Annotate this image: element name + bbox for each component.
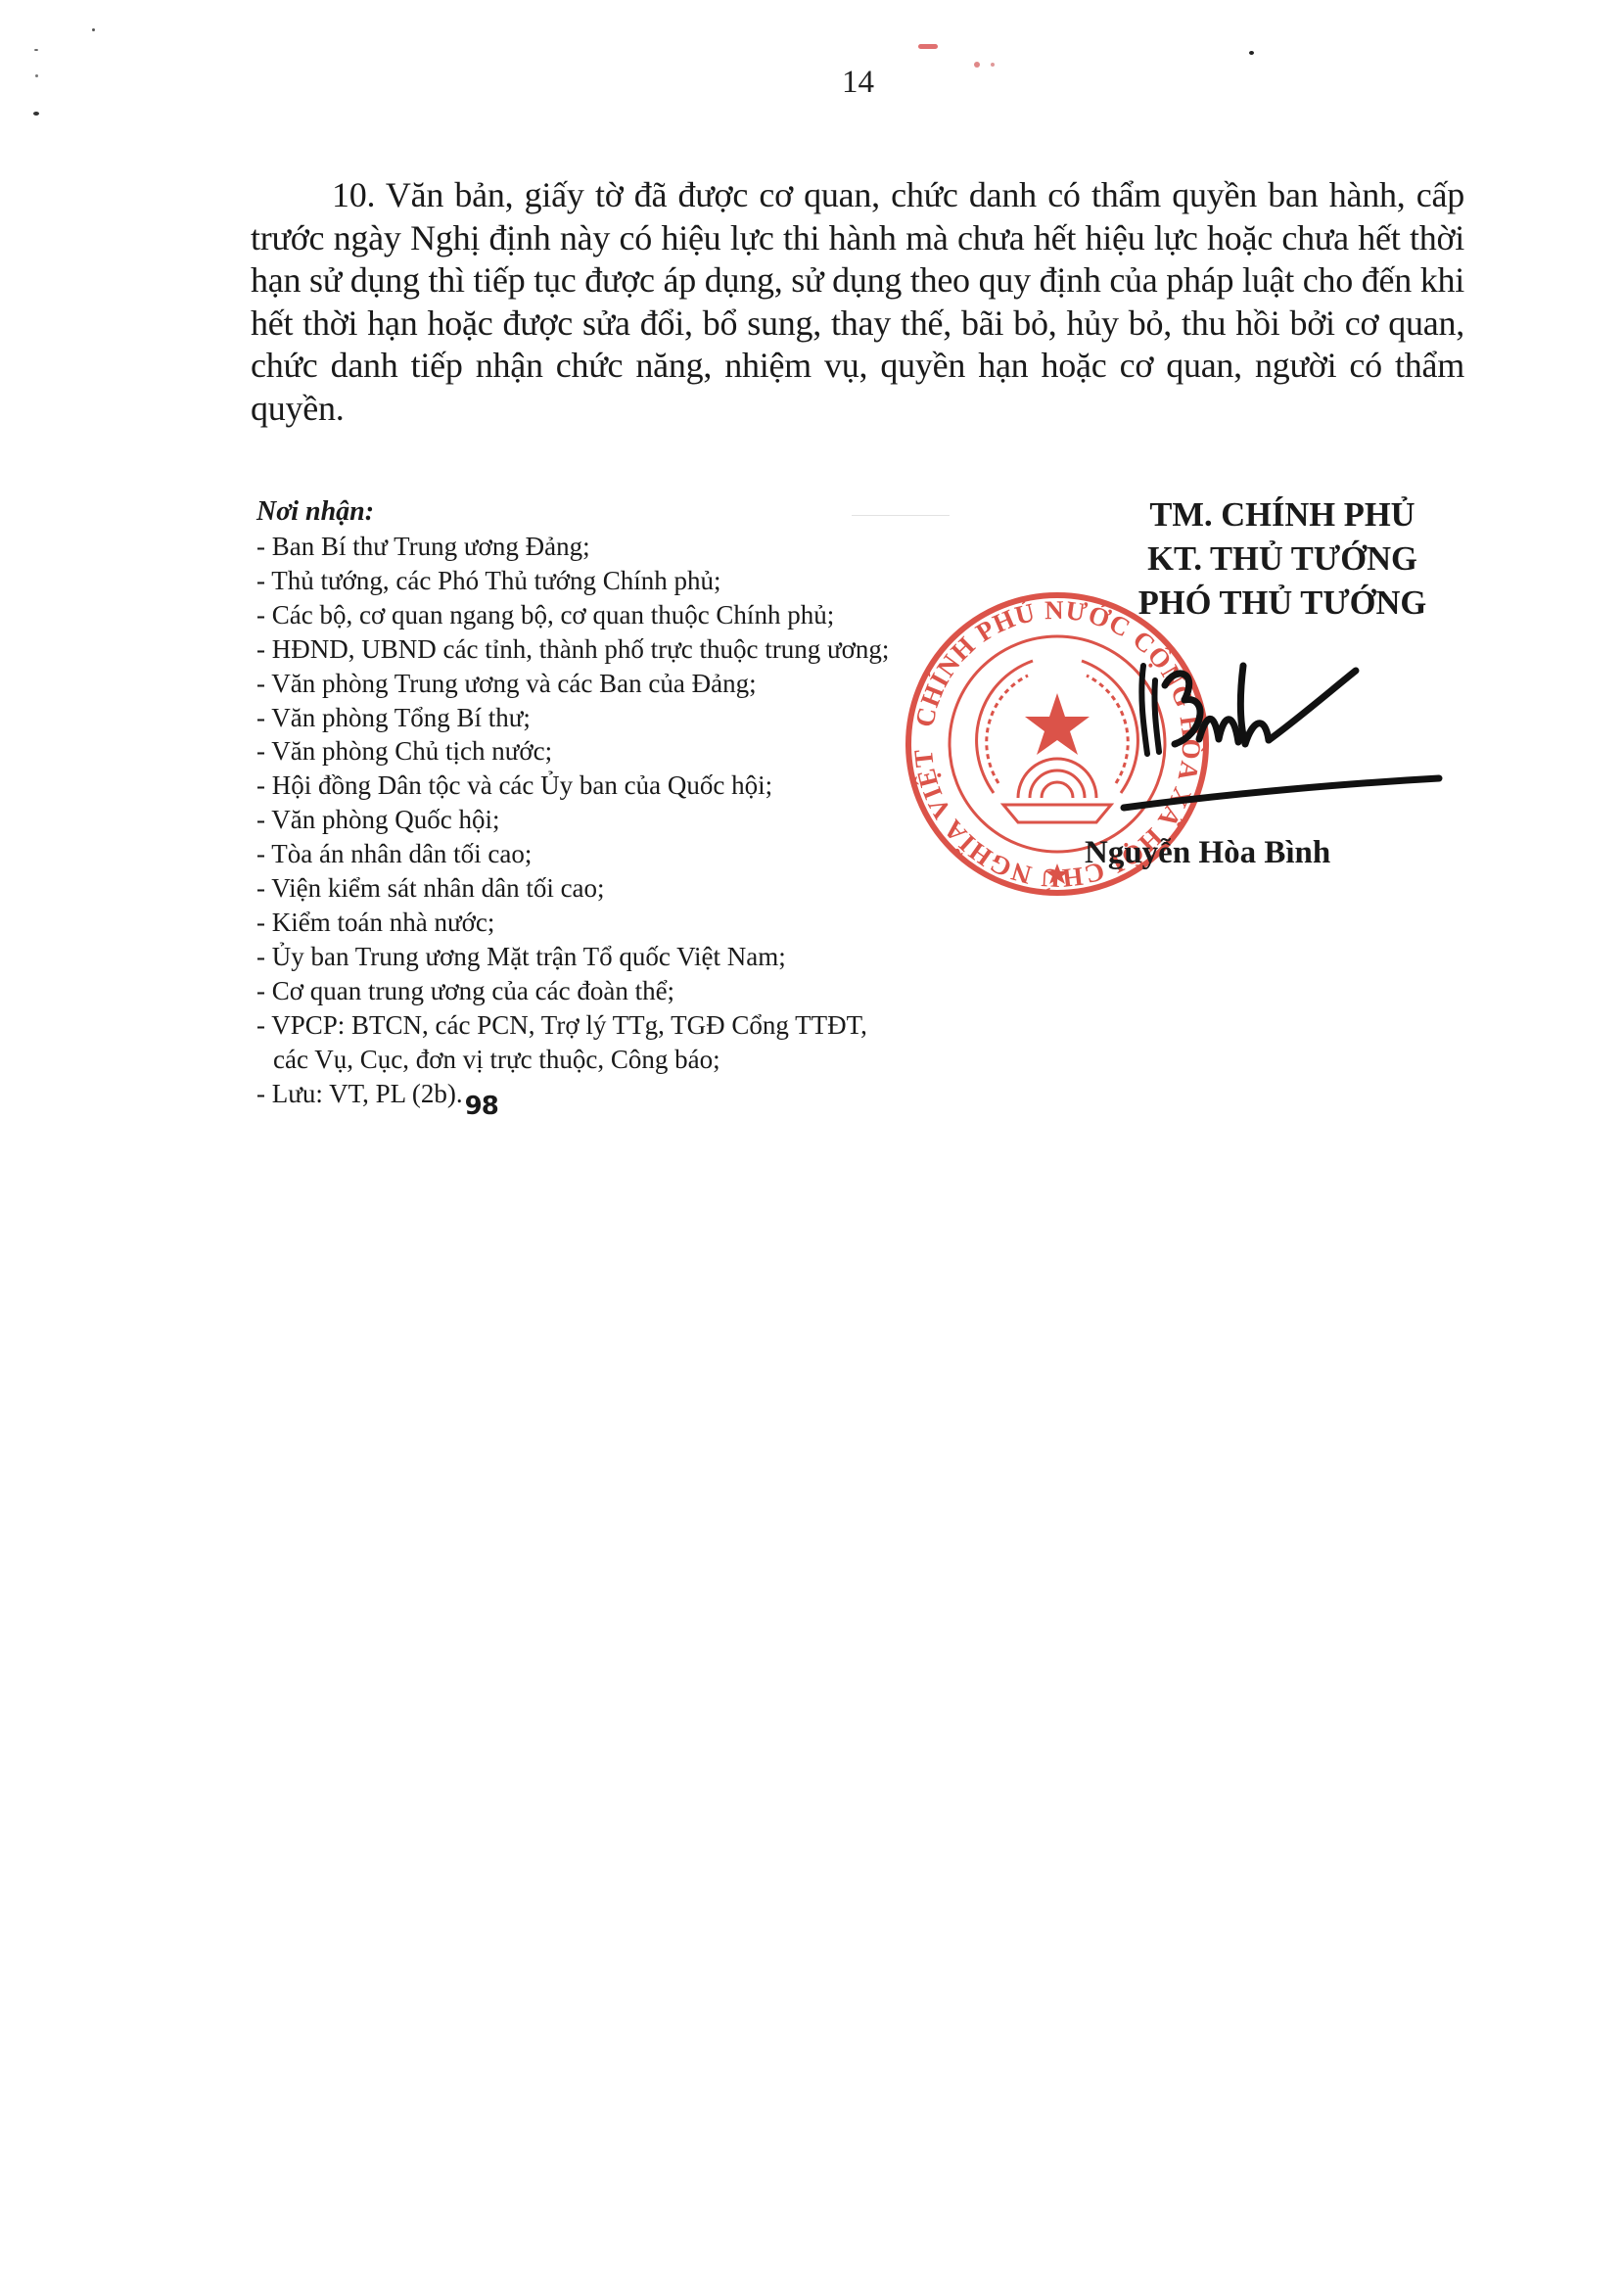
scan-speck: [991, 63, 995, 67]
signature-authority-line: TM. CHÍNH PHỦ: [1057, 493, 1508, 537]
scan-speck: [35, 74, 38, 77]
archive-text: - Lưu: VT, PL (2b).: [256, 1079, 463, 1108]
handwritten-mark: 98: [465, 1092, 498, 1121]
recipient-item: - Cơ quan trung ương của các đoàn thể;: [256, 974, 1000, 1008]
recipients-list: Nơi nhận: - Ban Bí thư Trung ương Đảng; …: [256, 494, 1000, 1111]
scan-speck: [918, 44, 938, 49]
recipient-item: - Tòa án nhân dân tối cao;: [256, 837, 1000, 871]
signature-block: TM. CHÍNH PHỦ KT. THỦ TƯỚNG PHÓ THỦ TƯỚN…: [1057, 493, 1508, 626]
recipient-item: - Ủy ban Trung ương Mặt trận Tổ quốc Việ…: [256, 940, 1000, 974]
recipient-item: - Các bộ, cơ quan ngang bộ, cơ quan thuộ…: [256, 598, 1000, 632]
recipient-item: - HĐND, UBND các tỉnh, thành phố trực th…: [256, 632, 1000, 667]
recipient-archive: - Lưu: VT, PL (2b).98: [256, 1077, 1000, 1112]
recipient-item: - Kiểm toán nhà nước;: [256, 906, 1000, 940]
recipient-item: - Văn phòng Trung ương và các Ban của Đả…: [256, 667, 1000, 701]
scan-speck: [974, 62, 980, 68]
recipient-item-continuation: các Vụ, Cục, đơn vị trực thuộc, Công báo…: [256, 1043, 1000, 1077]
signature-authority-line: KT. THỦ TƯỚNG: [1057, 537, 1508, 582]
paragraph-10: 10. Văn bản, giấy tờ đã được cơ quan, ch…: [251, 174, 1464, 430]
recipient-item: - Ban Bí thư Trung ương Đảng;: [256, 530, 1000, 564]
scan-speck: [34, 49, 38, 51]
scan-speck: [33, 112, 39, 116]
recipients-title: Nơi nhận:: [256, 494, 1000, 530]
recipient-item: - Viện kiểm sát nhân dân tối cao;: [256, 871, 1000, 906]
paragraph-10-text: 10. Văn bản, giấy tờ đã được cơ quan, ch…: [251, 175, 1464, 428]
recipient-item: - Thủ tướng, các Phó Thủ tướng Chính phủ…: [256, 564, 1000, 598]
signer-name: Nguyễn Hòa Bình: [1085, 835, 1330, 871]
page-number: 14: [842, 65, 874, 101]
recipient-item: - Văn phòng Quốc hội;: [256, 803, 1000, 837]
signature-title-line: PHÓ THỦ TƯỚNG: [1057, 582, 1508, 626]
recipient-item: - Văn phòng Chủ tịch nước;: [256, 734, 1000, 769]
recipient-item: - Văn phòng Tổng Bí thư;: [256, 701, 1000, 735]
scan-speck: [92, 28, 95, 31]
recipient-item: - Hội đồng Dân tộc và các Ủy ban của Quố…: [256, 769, 1000, 803]
handwritten-signature-icon: [1038, 646, 1468, 822]
scan-speck: [1249, 51, 1254, 55]
recipient-item: - VPCP: BTCN, các PCN, Trợ lý TTg, TGĐ C…: [256, 1008, 1000, 1043]
